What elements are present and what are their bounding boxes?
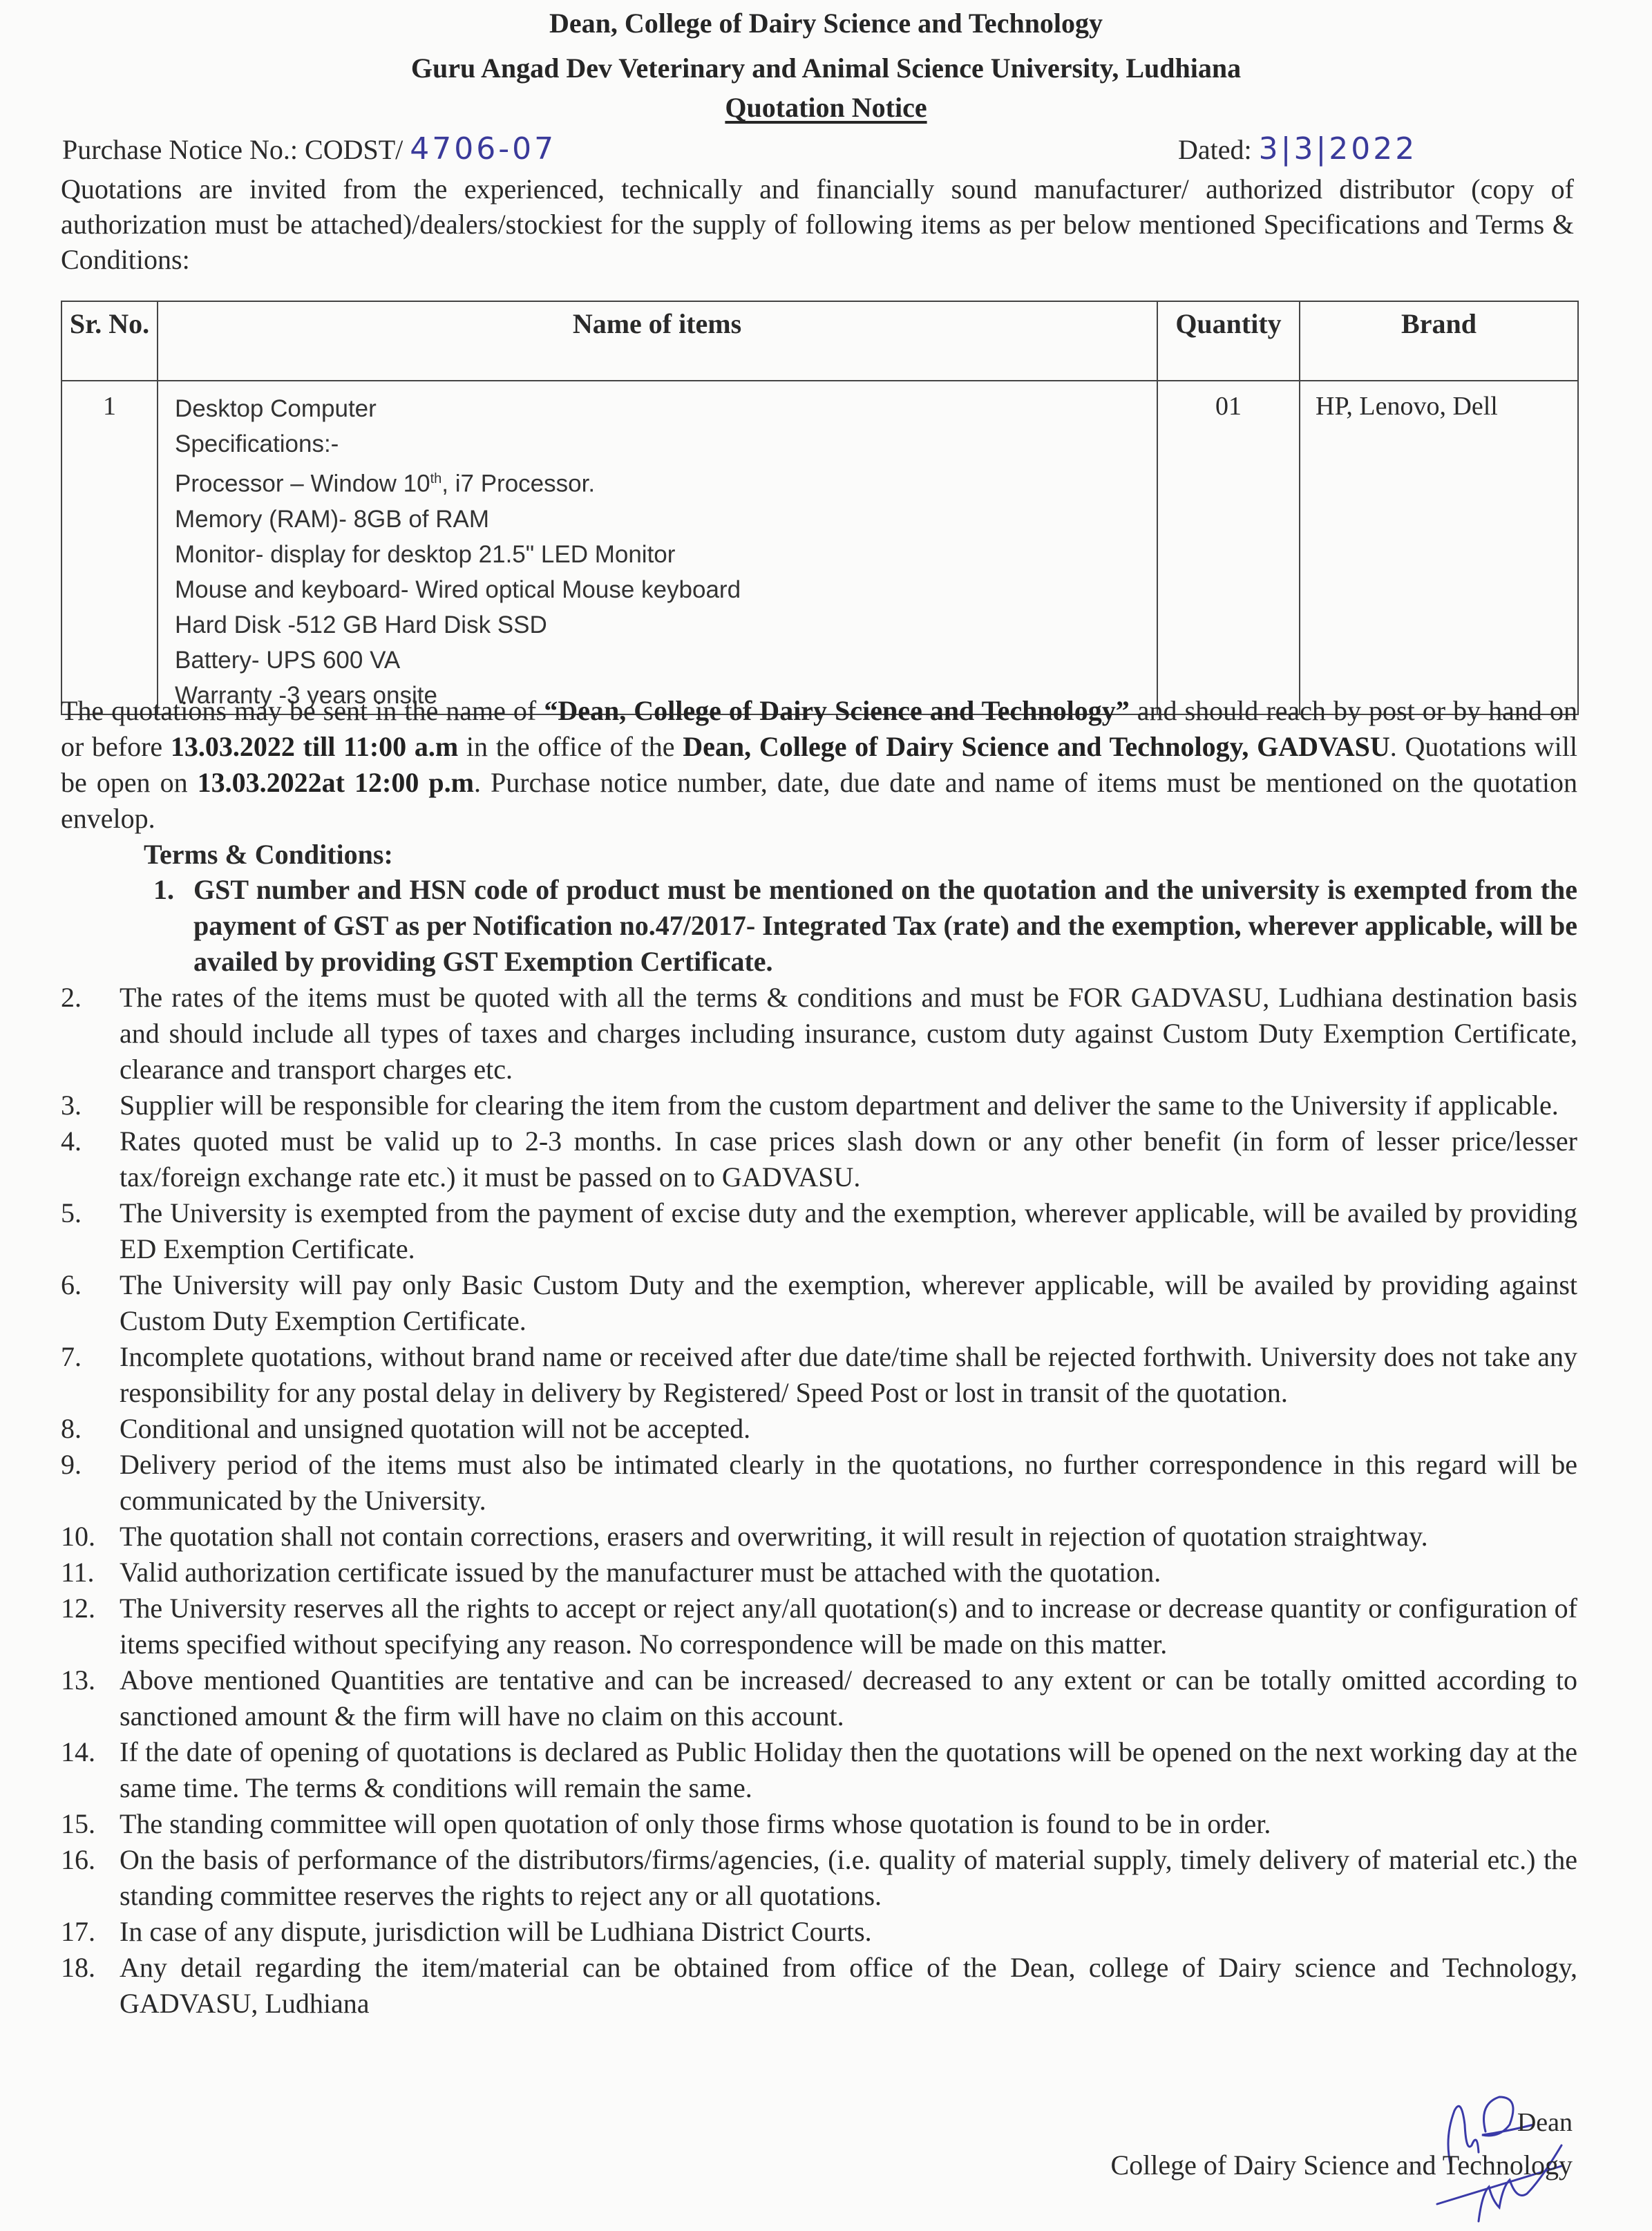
term-number: 7. [61,1339,82,1375]
spec-line: Monitor- display for desktop 21.5" LED M… [175,537,1156,572]
term-item: 6.The University will pay only Basic Cus… [0,1267,1577,1339]
opening-date-time: 13.03.2022at 12:00 p.m [198,767,474,798]
term-number: 3. [61,1088,82,1123]
term-item: 18.Any detail regarding the item/materia… [0,1950,1577,2022]
addressee-name: “Dean, College of Dairy Science and Tech… [544,695,1129,726]
term-text: On the basis of performance of the distr… [120,1844,1577,1911]
cell-item-details: Desktop Computer Specifications:- Proces… [158,381,1157,714]
term-number: 14. [61,1734,95,1770]
term-number: 4. [61,1123,82,1159]
spec-line: Mouse and keyboard- Wired optical Mouse … [175,572,1156,607]
term-number: 5. [61,1195,82,1231]
due-date-time: 13.03.2022 till 11:00 a.m [171,731,458,762]
term-text: Any detail regarding the item/material c… [120,1952,1577,2019]
page-title: Quotation Notice [0,91,1652,124]
header-university: Guru Angad Dev Veterinary and Animal Sci… [0,52,1652,84]
intro-paragraph: Quotations are invited from the experien… [61,171,1574,277]
header-dean-college: Dean, College of Dairy Science and Techn… [0,7,1652,39]
term-text: Valid authorization certificate issued b… [120,1557,1161,1588]
cell-quantity: 01 [1157,381,1300,714]
term-text: The standing committee will open quotati… [120,1808,1271,1839]
signatory-title: Dean [1517,2107,1573,2138]
term-text: The quotation shall not contain correcti… [120,1521,1428,1552]
term-number: 1. [153,872,174,908]
term-text: Conditional and unsigned quotation will … [120,1413,750,1444]
submission-text: in the office of the [458,731,683,762]
term-item: 8.Conditional and unsigned quotation wil… [0,1411,1577,1447]
spec-list: Processor – Window 10th, i7 Processor.Me… [175,462,1156,713]
purchase-notice-line: Purchase Notice No.: CODST/ 4706-07 Date… [62,131,1582,173]
cell-brand: HP, Lenovo, Dell [1300,381,1578,714]
col-quantity: Quantity [1157,301,1300,381]
term-number: 6. [61,1267,82,1303]
spec-line: Memory (RAM)- 8GB of RAM [175,502,1156,537]
term-text: The University will pay only Basic Custo… [120,1269,1577,1336]
term-number: 12. [61,1591,95,1626]
purchase-notice-handwritten-number: 4706-07 [410,131,556,167]
term-number: 15. [61,1806,95,1842]
submission-text: The quotations may be sent in the name o… [61,695,544,726]
term-text: Incomplete quotations, without brand nam… [120,1341,1577,1408]
term-item: 13.Above mentioned Quantities are tentat… [0,1662,1577,1734]
term-text: In case of any dispute, jurisdiction wil… [120,1916,872,1947]
dated-handwritten-value: 3|3|2022 [1259,131,1418,167]
table-header-row: Sr. No. Name of items Quantity Brand [61,301,1578,381]
item-name: Desktop Computer [175,391,1156,426]
term-number: 18. [61,1950,95,1986]
spec-line: Battery- UPS 600 VA [175,643,1156,678]
term-number: 16. [61,1842,95,1878]
terms-list: 1.GST number and HSN code of product mus… [0,872,1577,2022]
term-number: 11. [61,1555,95,1591]
term-text: The rates of the items must be quoted wi… [120,982,1577,1085]
spec-line: Processor – Window 10th, i7 Processor. [175,462,1156,502]
term-item: 16.On the basis of performance of the di… [0,1842,1577,1914]
office-name: Dean, College of Dairy Science and Techn… [683,731,1390,762]
term-item: 11.Valid authorization certificate issue… [0,1555,1577,1591]
term-item: 4.Rates quoted must be valid up to 2-3 m… [0,1123,1577,1195]
term-item: 14.If the date of opening of quotations … [0,1734,1577,1806]
quotation-notice-page: Dean, College of Dairy Science and Techn… [0,0,1652,2231]
term-item: 10.The quotation shall not contain corre… [0,1519,1577,1555]
term-number: 13. [61,1662,95,1698]
term-text: The University is exempted from the paym… [120,1197,1577,1264]
term-text: GST number and HSN code of product must … [193,874,1577,977]
term-item: 2.The rates of the items must be quoted … [0,980,1577,1088]
table-row: 1 Desktop Computer Specifications:- Proc… [61,381,1578,714]
term-number: 17. [61,1914,95,1950]
term-item: 7.Incomplete quotations, without brand n… [0,1339,1577,1411]
term-number: 9. [61,1447,82,1483]
term-text: Delivery period of the items must also b… [120,1449,1577,1516]
term-item: 5.The University is exempted from the pa… [0,1195,1577,1267]
term-item: 9.Delivery period of the items must also… [0,1447,1577,1519]
signature-block: Dean College of Dairy Science and Techno… [1111,2149,1573,2181]
term-text: If the date of opening of quotations is … [120,1736,1577,1803]
purchase-notice-label: Purchase Notice No.: CODST/ [62,134,403,165]
col-brand: Brand [1300,301,1578,381]
col-sr-no: Sr. No. [61,301,158,381]
col-name-of-items: Name of items [158,301,1157,381]
term-number: 2. [61,980,82,1016]
term-item: 3.Supplier will be responsible for clear… [0,1088,1577,1123]
term-number: 8. [61,1411,82,1447]
term-text: Above mentioned Quantities are tentative… [120,1664,1577,1731]
term-text: Rates quoted must be valid up to 2-3 mon… [120,1126,1577,1193]
term-number: 10. [61,1519,95,1555]
spec-line: Hard Disk -512 GB Hard Disk SSD [175,607,1156,643]
term-item: 1.GST number and HSN code of product mus… [0,872,1577,980]
term-item: 17.In case of any dispute, jurisdiction … [0,1914,1577,1950]
submission-paragraph: The quotations may be sent in the name o… [61,693,1577,837]
terms-heading: Terms & Conditions: [144,838,393,871]
items-table: Sr. No. Name of items Quantity Brand 1 D… [61,301,1579,715]
purchase-notice-number: Purchase Notice No.: CODST/ 4706-07 [62,131,556,167]
dated-label: Dated: [1178,134,1252,165]
signatory-org: College of Dairy Science and Technology [1111,2149,1573,2181]
cell-sr-no: 1 [61,381,158,714]
term-item: 12.The University reserves all the right… [0,1591,1577,1662]
notice-date: Dated: 3|3|2022 [1178,131,1417,167]
term-item: 15.The standing committee will open quot… [0,1806,1577,1842]
term-text: The University reserves all the rights t… [120,1593,1577,1660]
term-text: Supplier will be responsible for clearin… [120,1090,1559,1121]
spec-label: Specifications:- [175,426,1156,462]
